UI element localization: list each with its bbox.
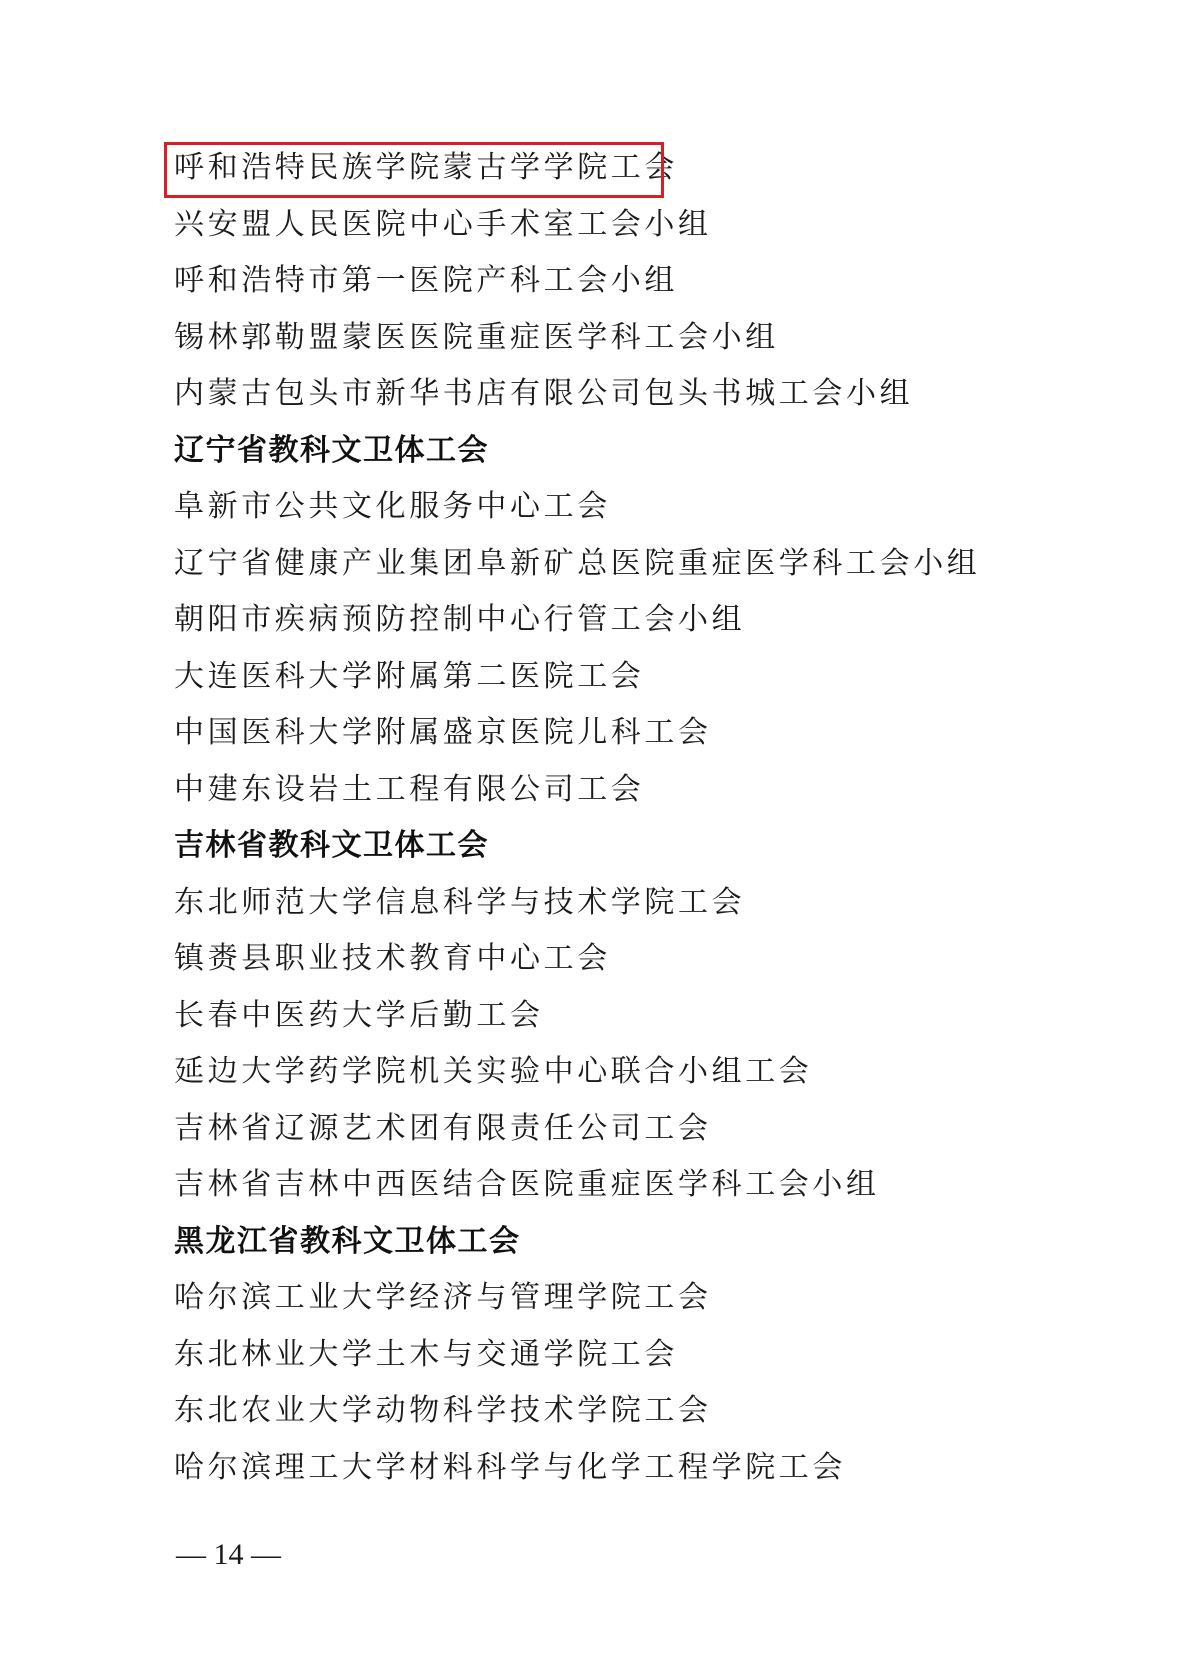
union-list: 呼和浩特民族学院蒙古学学院工会 兴安盟人民医院中心手术室工会小组 呼和浩特市第一… [174,140,980,1496]
section-heading-jilin: 吉林省教科文卫体工会 [174,818,980,875]
list-item-highlighted: 呼和浩特民族学院蒙古学学院工会 [174,140,980,197]
list-item: 朝阳市疾病预防控制中心行管工会小组 [174,592,980,649]
list-item: 辽宁省健康产业集团阜新矿总医院重症医学科工会小组 [174,536,980,593]
list-item: 锡林郭勒盟蒙医医院重症医学科工会小组 [174,310,980,367]
list-item: 哈尔滨工业大学经济与管理学院工会 [174,1270,980,1327]
list-item: 呼和浩特市第一医院产科工会小组 [174,253,980,310]
list-item: 东北农业大学动物科学技术学院工会 [174,1383,980,1440]
list-item: 兴安盟人民医院中心手术室工会小组 [174,197,980,254]
list-item: 中国医科大学附属盛京医院儿科工会 [174,705,980,762]
section-heading-heilongjiang: 黑龙江省教科文卫体工会 [174,1214,980,1271]
document-page: 呼和浩特民族学院蒙古学学院工会 兴安盟人民医院中心手术室工会小组 呼和浩特市第一… [0,0,1188,1659]
list-item: 东北林业大学土木与交通学院工会 [174,1327,980,1384]
list-item: 镇赉县职业技术教育中心工会 [174,931,980,988]
list-item: 哈尔滨理工大学材料科学与化学工程学院工会 [174,1440,980,1497]
list-item: 东北师范大学信息科学与技术学院工会 [174,875,980,932]
list-item: 中建东设岩土工程有限公司工会 [174,762,980,819]
page-number: — 14 — [176,1536,281,1574]
list-item: 内蒙古包头市新华书店有限公司包头书城工会小组 [174,366,980,423]
list-item: 延边大学药学院机关实验中心联合小组工会 [174,1044,980,1101]
list-item: 吉林省辽源艺术团有限责任公司工会 [174,1101,980,1158]
section-heading-liaoning: 辽宁省教科文卫体工会 [174,423,980,480]
list-item: 阜新市公共文化服务中心工会 [174,479,980,536]
list-item: 大连医科大学附属第二医院工会 [174,649,980,706]
list-item: 吉林省吉林中西医结合医院重症医学科工会小组 [174,1157,980,1214]
list-item: 长春中医药大学后勤工会 [174,988,980,1045]
